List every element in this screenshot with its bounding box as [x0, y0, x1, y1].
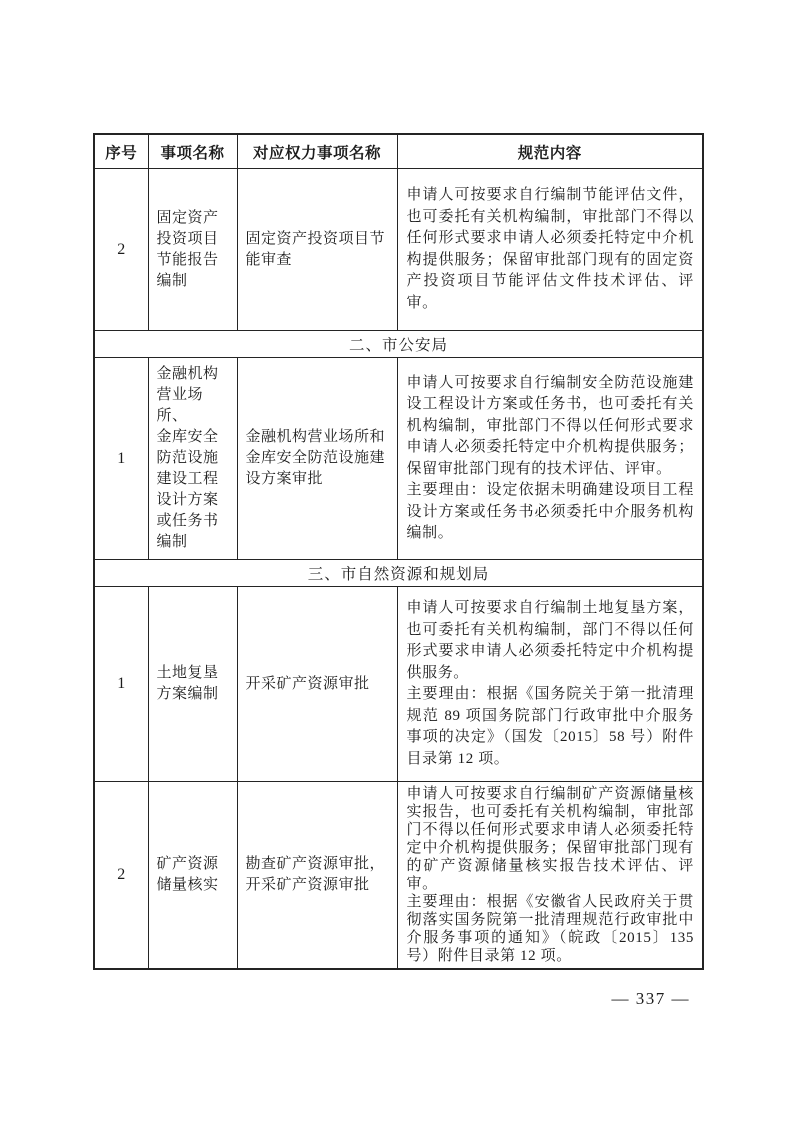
table-row: 2 固定资产 投资项目 节能报告 编制 固定资产投资项目节 能审查 申请人可按要…	[94, 169, 703, 331]
item-name-cell: 固定资产 投资项目 节能报告 编制	[148, 169, 237, 331]
content-cell: 申请人可按要求自行编制节能评估文件，也可委托有关机构编制，审批部门不得以任何形式…	[397, 169, 703, 331]
intermediary-services-table: 序号 事项名称 对应权力事项名称 规范内容 2 固定资产 投资项目 节能报告 编…	[93, 133, 704, 970]
table-row: 1 土地复垦 方案编制 开采矿产资源审批 申请人可按要求自行编制土地复垦方案，也…	[94, 587, 703, 782]
header-index: 序号	[94, 134, 148, 169]
row-index-cell: 2	[94, 782, 148, 970]
item-name-cell: 金融机构 营业场所、 金库安全 防范设施 建设工程 设计方案 或任务书 编制	[148, 358, 237, 560]
header-item-name: 事项名称	[148, 134, 237, 169]
section-title: 三、市自然资源和规划局	[94, 560, 703, 587]
power-item-cell: 勘查矿产资源审批， 开采矿产资源审批	[237, 782, 397, 970]
header-content: 规范内容	[397, 134, 703, 169]
power-item-cell: 固定资产投资项目节 能审查	[237, 169, 397, 331]
row-index-cell: 1	[94, 358, 148, 560]
content-cell: 申请人可按要求自行编制矿产资源储量核实报告，也可委托有关机构编制，审批部门不得以…	[397, 782, 703, 970]
table-row: 2 矿产资源 储量核实 勘查矿产资源审批， 开采矿产资源审批 申请人可按要求自行…	[94, 782, 703, 970]
page-number: — 337 —	[612, 989, 691, 1009]
row-index-cell: 2	[94, 169, 148, 331]
table-header-row: 序号 事项名称 对应权力事项名称 规范内容	[94, 134, 703, 169]
item-name-cell: 矿产资源 储量核实	[148, 782, 237, 970]
content-cell: 申请人可按要求自行编制安全防范设施建设工程设计方案或任务书，也可委托有关机构编制…	[397, 358, 703, 560]
power-item-cell: 开采矿产资源审批	[237, 587, 397, 782]
section-title: 二、市公安局	[94, 331, 703, 358]
row-index-cell: 1	[94, 587, 148, 782]
item-name-cell: 土地复垦 方案编制	[148, 587, 237, 782]
section-header-row: 三、市自然资源和规划局	[94, 560, 703, 587]
table-row: 1 金融机构 营业场所、 金库安全 防范设施 建设工程 设计方案 或任务书 编制…	[94, 358, 703, 560]
section-header-row: 二、市公安局	[94, 331, 703, 358]
header-power-item-name: 对应权力事项名称	[237, 134, 397, 169]
content-cell: 申请人可按要求自行编制土地复垦方案，也可委托有关机构编制，部门不得以任何形式要求…	[397, 587, 703, 782]
document-page: 序号 事项名称 对应权力事项名称 规范内容 2 固定资产 投资项目 节能报告 编…	[0, 0, 793, 1122]
power-item-cell: 金融机构营业场所和 金库安全防范设施建 设方案审批	[237, 358, 397, 560]
